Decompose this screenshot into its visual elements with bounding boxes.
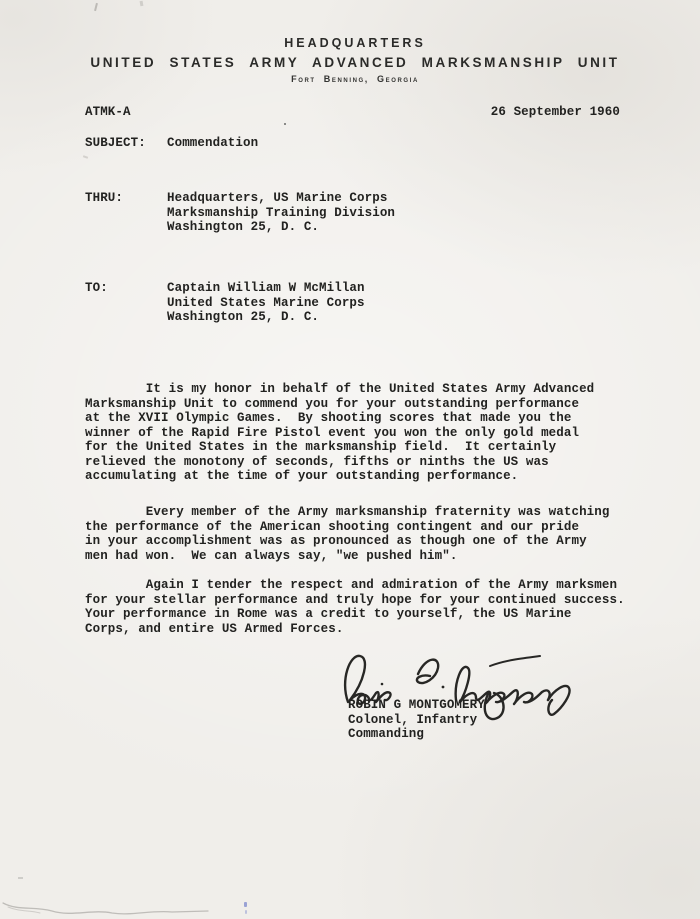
pencil-squiggle-icon (0, 893, 230, 919)
blue-ink-fleck-icon (245, 910, 247, 914)
to-label: TO: (85, 281, 167, 325)
letterhead: HEADQUARTERS UNITED STATES ARMY ADVANCED… (10, 36, 700, 84)
stray-ink-dot-icon (284, 123, 286, 125)
body-paragraph-1: It is my honor in behalf of the United S… (85, 382, 594, 484)
subject-label: SUBJECT: (85, 136, 167, 151)
body-paragraph-3: Again I tender the respect and admiratio… (85, 578, 625, 636)
letterhead-headquarters: HEADQUARTERS (10, 36, 700, 50)
signer-rank: Colonel, Infantry (348, 713, 485, 728)
to-address: Captain William W McMillan United States… (167, 281, 365, 325)
letterhead-unit-name: UNITED STATES ARMY ADVANCED MARKSMANSHIP… (10, 55, 700, 70)
office-symbol: ATMK-A (85, 105, 131, 120)
stray-pencil-mark-icon (83, 155, 88, 159)
signer-name: ROBIN G MONTGOMERY (348, 698, 485, 713)
letterhead-location: Fort Benning, Georgia (10, 74, 700, 84)
letter-date: 26 September 1960 (491, 105, 620, 120)
scan-mark-top-icon (140, 1, 144, 6)
thru-address: Headquarters, US Marine Corps Marksmansh… (167, 191, 395, 235)
thru-label: THRU: (85, 191, 167, 235)
scan-mark-top-left-icon (94, 3, 98, 11)
body-paragraph-2: Every member of the Army marksmanship fr… (85, 505, 609, 563)
signature-block: ROBIN G MONTGOMERY Colonel, Infantry Com… (348, 698, 485, 742)
thru-block: THRU: Headquarters, US Marine Corps Mark… (85, 191, 395, 235)
to-block: TO: Captain William W McMillan United St… (85, 281, 365, 325)
blue-ink-fleck-icon (244, 902, 247, 907)
subject-value: Commendation (167, 136, 258, 151)
scanned-letter-page: HEADQUARTERS UNITED STATES ARMY ADVANCED… (0, 0, 700, 919)
subject-row: SUBJECT: Commendation (85, 136, 258, 151)
signer-title: Commanding (348, 727, 485, 742)
stray-gray-mark-icon (18, 877, 23, 879)
